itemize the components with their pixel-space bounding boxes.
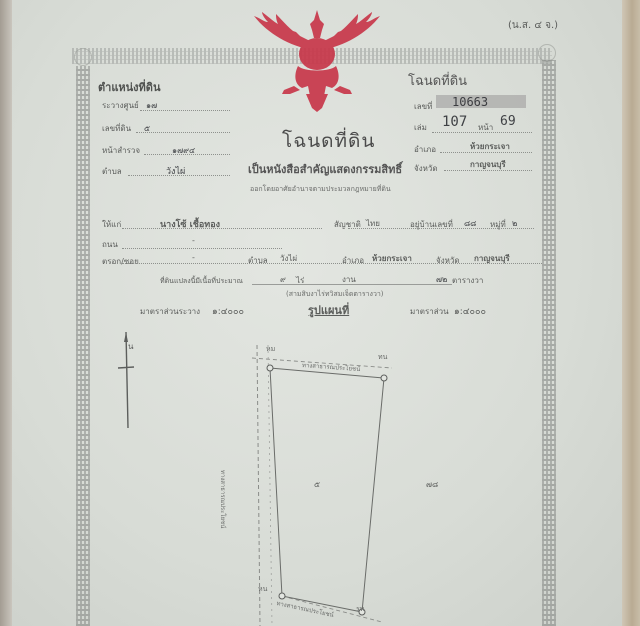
field-underline — [144, 154, 230, 155]
issued-under-text: ออกโดยอาศัยอำนาจตามประมวลกฎหมายที่ดิน — [250, 184, 391, 195]
field-underline — [122, 263, 542, 264]
corner-label-nw: หม — [266, 344, 275, 355]
owner-tambon-label: ตำบล — [248, 254, 268, 267]
left-boundary-label: ทางสาธารณประโยชน์ — [218, 470, 228, 528]
land-number-label: เลขที่ดิน — [102, 122, 131, 135]
deed-number-label: เลขที่ — [414, 100, 432, 113]
garuda-emblem-icon — [250, 8, 384, 112]
deed-heading: โฉนดที่ดิน — [408, 70, 467, 91]
road-value: - — [192, 236, 195, 245]
neighbor-parcel-label: ๗๘ — [426, 478, 438, 491]
corner-label-se: รห — [356, 604, 364, 615]
area-label: ที่ดินแปลงนี้มีเนื้อที่ประมาณ — [160, 276, 243, 287]
district-label: อำเภอ — [414, 143, 436, 156]
field-underline — [128, 175, 230, 176]
corner-ornament-left-icon — [74, 48, 92, 66]
scale-label: มาตราส่วน — [410, 305, 449, 318]
guilloche-border-right — [542, 60, 556, 626]
moo-label: หมู่ที่ — [490, 218, 506, 231]
parcel-number-label: ๕ — [314, 478, 320, 491]
road-label: ถนน — [102, 238, 118, 251]
land-location-heading: ตำแหน่งที่ดิน — [98, 78, 160, 96]
form-code: (น.ส. ๔ จ.) — [508, 18, 558, 33]
survey-page-value: ๑๗๙๔ — [172, 144, 195, 157]
field-underline — [140, 110, 230, 111]
area-rai-value: ๙ — [280, 273, 286, 286]
owner-province-label: จังหวัด — [436, 254, 460, 267]
field-underline — [432, 132, 532, 133]
corner-label-sw: หน — [258, 584, 267, 595]
tambon-label: ตำบล — [102, 165, 122, 178]
field-underline — [444, 170, 532, 171]
field-underline — [136, 132, 230, 133]
guilloche-border-left — [76, 66, 90, 626]
survey-page-label: หน้าสำรวจ — [102, 144, 140, 157]
area-ngan-label: งาน — [342, 273, 356, 286]
map-scale-label: มาตราส่วนระวาง — [140, 305, 200, 318]
book-value: 107 — [442, 114, 467, 130]
area-rai-label: ไร่ — [296, 274, 304, 287]
field-underline — [122, 248, 282, 249]
document-subtitle: เป็นหนังสือสำคัญแสดงกรรมสิทธิ์ — [248, 160, 402, 178]
document-title: โฉนดที่ดิน — [282, 126, 375, 156]
soi-label: ตรอก/ซอย — [102, 255, 139, 268]
area-wa-value: ๗๒ — [436, 273, 447, 286]
scale-value: ๑:๔๐๐๐ — [454, 304, 486, 318]
land-number-value: ๕ — [144, 122, 150, 135]
field-underline — [348, 228, 534, 229]
house-no-label: อยู่บ้านเลขที่ — [410, 218, 453, 231]
nationality-label: สัญชาติ — [334, 218, 361, 231]
land-title-deed: (น.ส. ๔ จ.) ตำแหน่งที่ดิน ระวางศูนย์ ๑๗ … — [12, 0, 622, 626]
field-underline — [122, 228, 322, 229]
corner-label-ne: ทน — [378, 352, 387, 363]
owner-amphoe-label: อำเภอ — [342, 254, 364, 267]
background-surface-left — [0, 0, 12, 626]
map-scale-value: ๑:๔๐๐๐ — [212, 304, 244, 318]
book-label: เล่ม — [414, 121, 427, 134]
plan-heading: รูปแผนที่ — [308, 301, 349, 319]
grant-to-label: ให้แก่ — [102, 218, 121, 231]
province-label: จังหวัด — [414, 162, 438, 175]
field-underline — [440, 152, 532, 153]
north-arrow-icon — [116, 330, 136, 430]
deed-number-value: 10663 — [452, 95, 488, 109]
sheet-label: ระวางศูนย์ — [102, 99, 139, 112]
area-wa-label: ตารางวา — [452, 274, 483, 287]
background-surface-right — [620, 0, 640, 626]
soi-value: - — [192, 253, 195, 262]
area-text-note: (สามสิบงาไร่ทวิสมเจ็ดตารางวา) — [286, 289, 384, 300]
page-value: 69 — [500, 114, 516, 129]
